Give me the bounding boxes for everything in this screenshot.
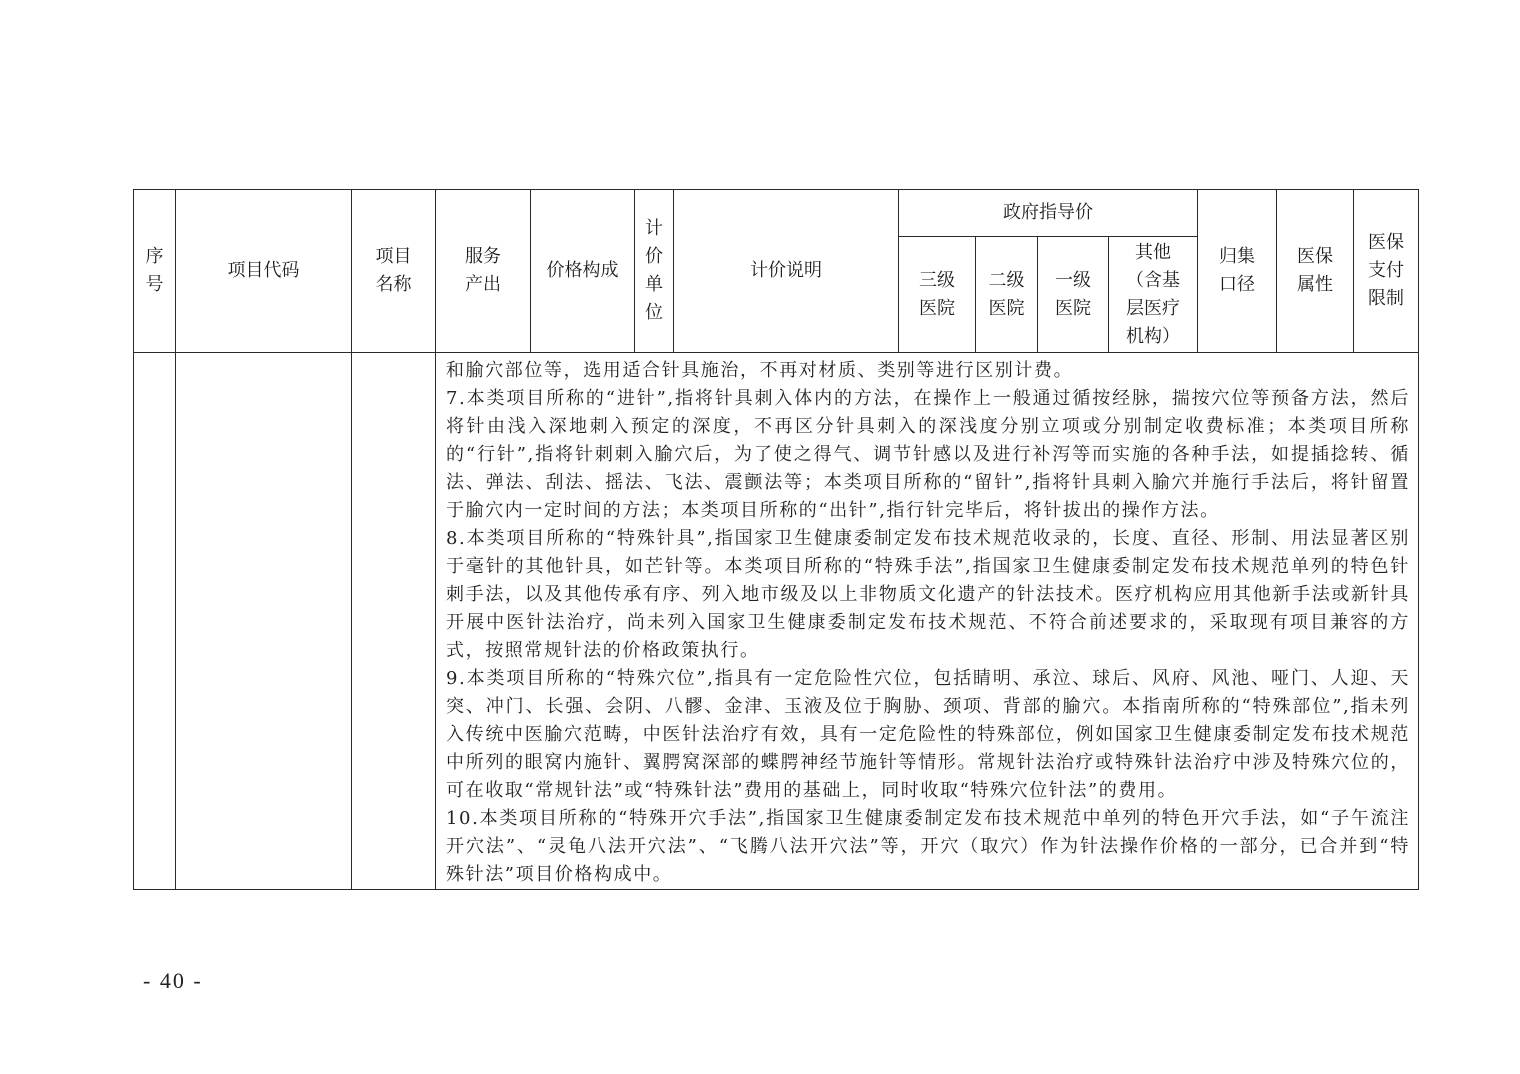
note-paragraph: 9.本类项目所称的“特殊穴位”,指具有一定危险性穴位，包括睛明、承泣、球后、风府… bbox=[446, 665, 1410, 805]
header-price-composition: 价格构成 bbox=[531, 190, 635, 353]
header-gov-guide-price: 政府指导价 bbox=[899, 190, 1198, 237]
header-insurance-limit: 医保 支付 限制 bbox=[1354, 190, 1419, 353]
header-item-code: 项目代码 bbox=[176, 190, 352, 353]
header-level2-hospital: 二级 医院 bbox=[976, 237, 1038, 353]
header-service-output: 服务 产出 bbox=[436, 190, 531, 353]
header-pricing-notes: 计价说明 bbox=[674, 190, 899, 353]
header-pricing-unit: 计 价 单 位 bbox=[635, 190, 674, 353]
note-paragraph: 10.本类项目所称的“特殊开穴手法”,指国家卫生健康委制定发布技术规范中单列的特… bbox=[446, 805, 1410, 889]
note-paragraph: 7.本类项目所称的“进针”,指将针具刺入体内的方法，在操作上一般通过循按经脉，揣… bbox=[446, 385, 1410, 525]
header-insurance-attribute: 医保 属性 bbox=[1277, 190, 1354, 353]
header-level3-hospital: 三级 医院 bbox=[899, 237, 976, 353]
header-level1-hospital: 一级 医院 bbox=[1038, 237, 1109, 353]
note-paragraph: 和腧穴部位等，选用适合针具施治，不再对材质、类别等进行区别计费。 bbox=[446, 357, 1410, 385]
header-other-institutions: 其他 （含基 层医疗 机构） bbox=[1109, 237, 1198, 353]
header-category: 归集 口径 bbox=[1198, 190, 1277, 353]
cell-item-code bbox=[176, 353, 352, 890]
note-paragraph: 8.本类项目所称的“特殊针具”,指国家卫生健康委制定发布技术规范收录的，长度、直… bbox=[446, 525, 1410, 665]
cell-pricing-notes: 和腧穴部位等，选用适合针具施治，不再对材质、类别等进行区别计费。 7.本类项目所… bbox=[436, 353, 1419, 890]
cell-item-name bbox=[352, 353, 436, 890]
header-seq: 序 号 bbox=[134, 190, 176, 353]
cell-seq bbox=[134, 353, 176, 890]
header-item-name: 项目 名称 bbox=[352, 190, 436, 353]
page-number: - 40 - bbox=[143, 968, 203, 994]
pricing-table: 序 号 项目代码 项目 名称 服务 产出 价格构成 计 价 单 位 计价说明 政… bbox=[133, 189, 1419, 890]
